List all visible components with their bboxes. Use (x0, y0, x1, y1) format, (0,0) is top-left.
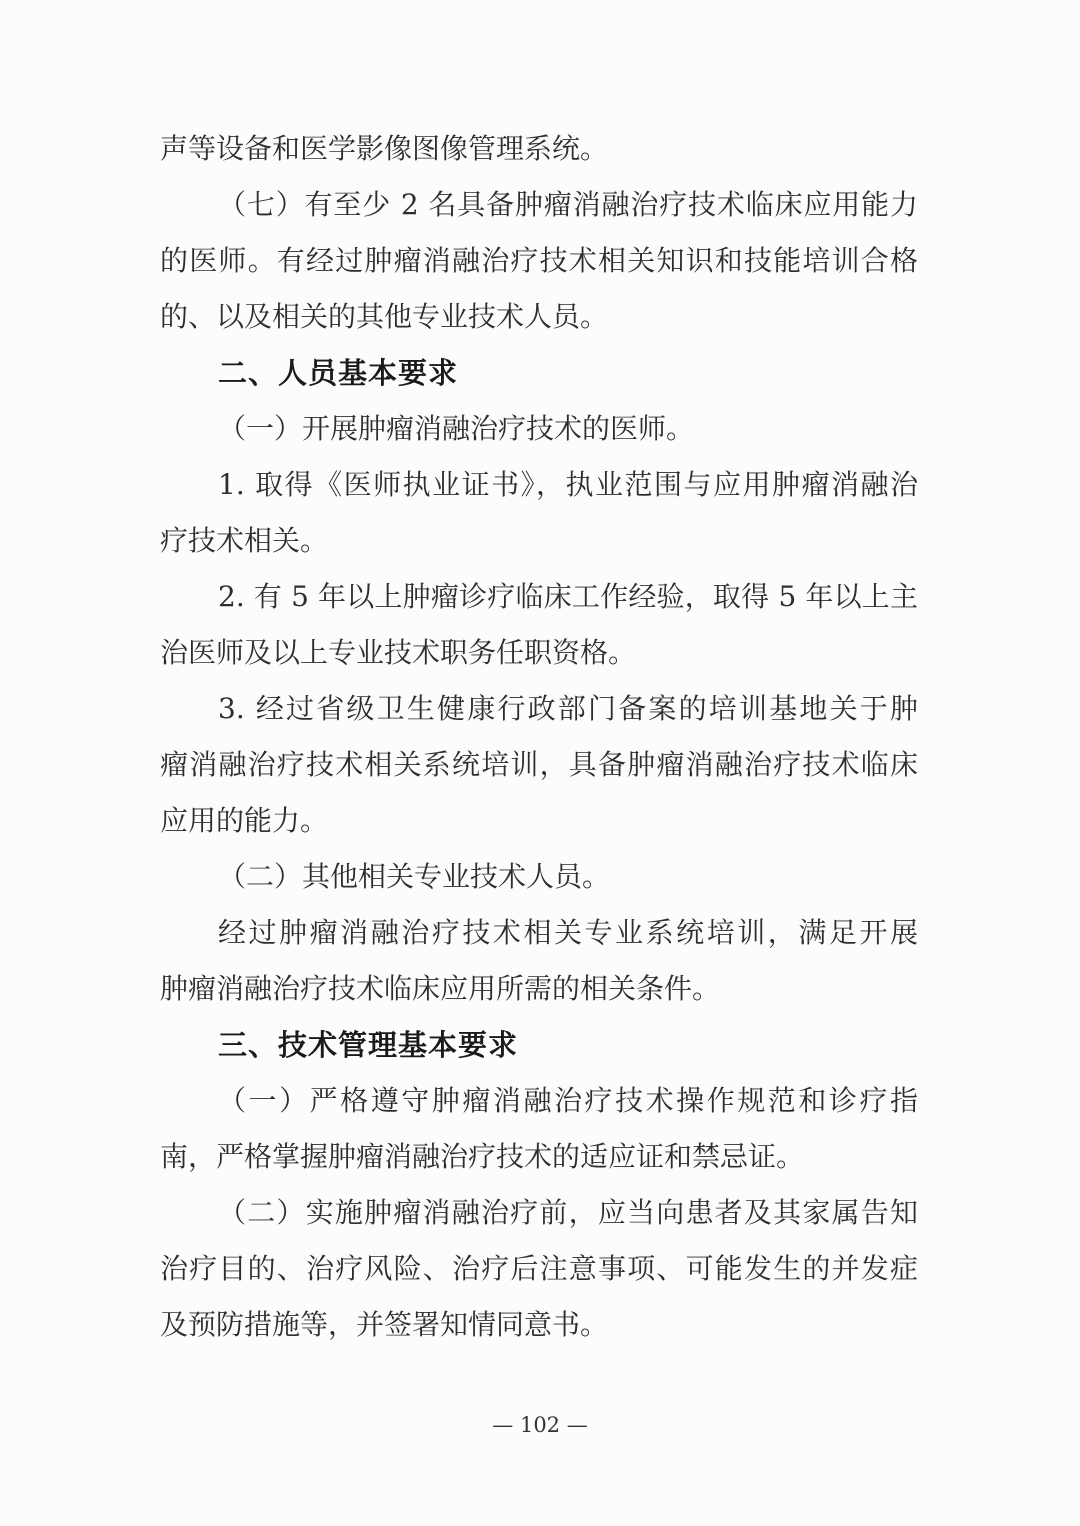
body-line: 3. 经过省级卫生健康行政部门备案的培训基地关于肿 (160, 681, 918, 737)
body-line: 治医师及以上专业技术职务任职资格。 (160, 625, 918, 681)
body-line: （一）严格遵守肿瘤消融治疗技术操作规范和诊疗指 (160, 1073, 918, 1129)
body-line: 应用的能力。 (160, 793, 918, 849)
section-heading-tech-management: 三、技术管理基本要求 (160, 1017, 918, 1073)
body-line: 南，严格掌握肿瘤消融治疗技术的适应证和禁忌证。 (160, 1129, 918, 1185)
document-body: 声等设备和医学影像图像管理系统。 （七）有至少 2 名具备肿瘤消融治疗技术临床应… (160, 121, 918, 1353)
body-line: 1. 取得《医师执业证书》，执业范围与应用肿瘤消融治 (160, 457, 918, 513)
body-line: 经过肿瘤消融治疗技术相关专业系统培训，满足开展 (160, 905, 918, 961)
body-line: 的、以及相关的其他专业技术人员。 (160, 289, 918, 345)
body-line: 疗技术相关。 (160, 513, 918, 569)
body-line: （一）开展肿瘤消融治疗技术的医师。 (160, 401, 918, 457)
section-heading-personnel: 二、人员基本要求 (160, 345, 918, 401)
body-line: 2. 有 5 年以上肿瘤诊疗临床工作经验，取得 5 年以上主 (160, 569, 918, 625)
document-page: 声等设备和医学影像图像管理系统。 （七）有至少 2 名具备肿瘤消融治疗技术临床应… (0, 0, 1080, 1526)
body-line: （二）实施肿瘤消融治疗前，应当向患者及其家属告知 (160, 1185, 918, 1241)
body-line: 瘤消融治疗技术相关系统培训，具备肿瘤消融治疗技术临床 (160, 737, 918, 793)
body-line: 的医师。有经过肿瘤消融治疗技术相关知识和技能培训合格 (160, 233, 918, 289)
body-line: 及预防措施等，并签署知情同意书。 (160, 1297, 918, 1353)
body-line: 声等设备和医学影像图像管理系统。 (160, 121, 918, 177)
page-number: — 102 — (0, 1408, 1080, 1442)
body-line: 治疗目的、治疗风险、治疗后注意事项、可能发生的并发症 (160, 1241, 918, 1297)
body-line: （七）有至少 2 名具备肿瘤消融治疗技术临床应用能力 (160, 177, 918, 233)
body-line: 肿瘤消融治疗技术临床应用所需的相关条件。 (160, 961, 918, 1017)
body-line: （二）其他相关专业技术人员。 (160, 849, 918, 905)
